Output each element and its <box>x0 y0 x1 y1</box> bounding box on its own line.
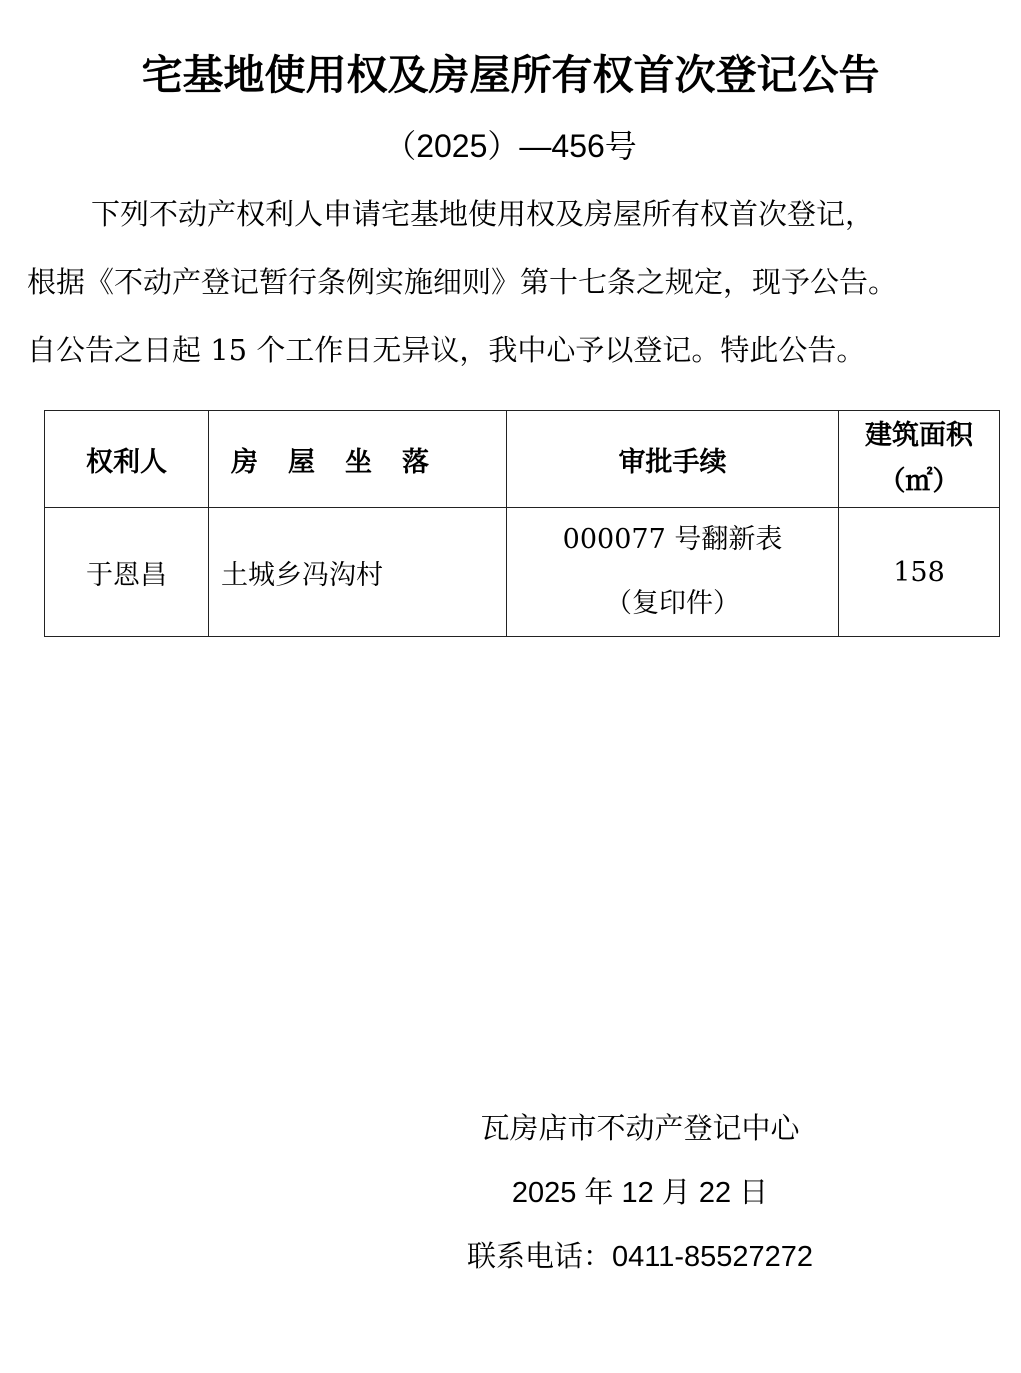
issue-date: 2025 年 12 月 22 日 <box>430 1173 850 1213</box>
header-location: 房屋坐落 <box>209 411 507 508</box>
header-area-unit: （㎡） <box>839 459 999 505</box>
header-approval: 审批手续 <box>507 411 839 508</box>
cell-approval: 000077 号翻新表 （复印件） <box>507 508 839 637</box>
cell-location: 土城乡冯沟村 <box>209 508 507 637</box>
header-holder: 权利人 <box>45 411 209 508</box>
header-area-label: 建筑面积 <box>839 413 999 459</box>
cell-area: 158 <box>839 508 1000 637</box>
registration-table: 权利人 房屋坐落 审批手续 建筑面积 （㎡） 于恩昌 土城乡冯沟村 000077… <box>44 410 1000 637</box>
cell-approval-line-1: 000077 号翻新表 <box>507 508 838 572</box>
announcement-paragraph-line-2: 根据《不动产登记暂行条例实施细则》第十七条之规定，现予公告。 <box>27 262 1002 302</box>
announcement-paragraph-line-3: 自公告之日起 15 个工作日无异议，我中心予以登记。特此公告。 <box>27 330 1002 370</box>
issuer-name: 瓦房店市不动产登记中心 <box>430 1108 850 1148</box>
contact-phone: 联系电话：0411-85527272 <box>430 1237 850 1277</box>
document-number: （2025）—456号 <box>0 124 1021 168</box>
announcement-paragraph-line-1: 下列不动产权利人申请宅基地使用权及房屋所有权首次登记， <box>27 194 1002 234</box>
page-title: 宅基地使用权及房屋所有权首次登记公告 <box>0 48 1021 102</box>
header-area: 建筑面积 （㎡） <box>839 411 1000 508</box>
cell-approval-line-2: （复印件） <box>507 572 838 636</box>
cell-holder: 于恩昌 <box>45 508 209 637</box>
table-header-row: 权利人 房屋坐落 审批手续 建筑面积 （㎡） <box>45 411 1000 508</box>
table-row: 于恩昌 土城乡冯沟村 000077 号翻新表 （复印件） 158 <box>45 508 1000 637</box>
